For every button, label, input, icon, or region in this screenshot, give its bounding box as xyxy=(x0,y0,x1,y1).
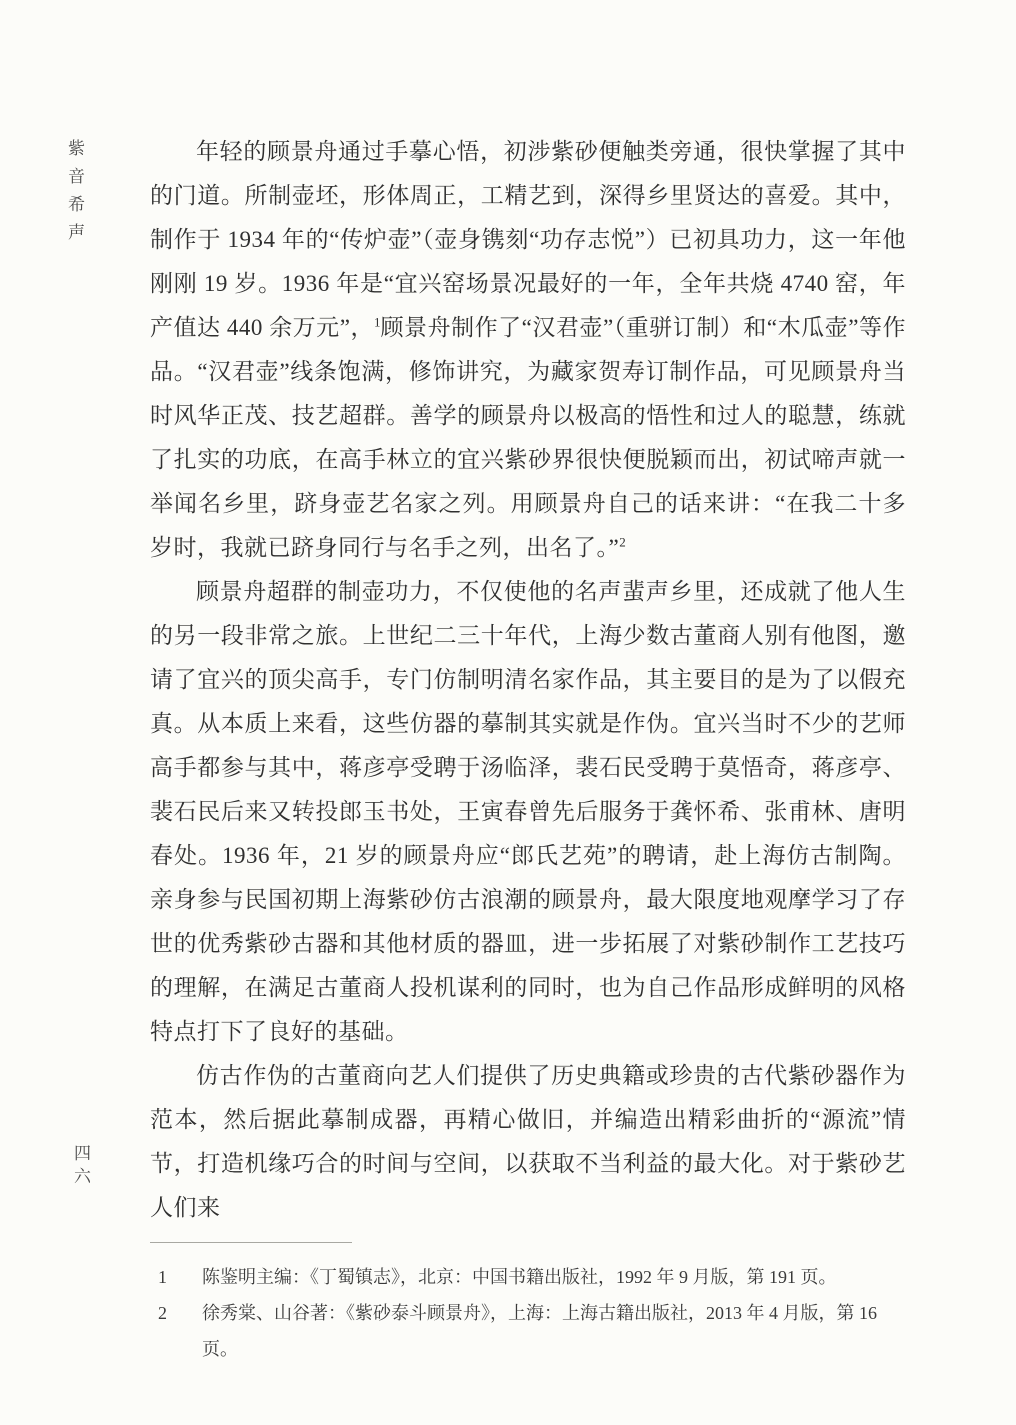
spine-title-char: 紫 xyxy=(68,140,85,157)
spine-title-char: 希 xyxy=(68,196,85,213)
paragraph-2: 顾景舟超群的制壶功力，不仅使他的名声蜚声乡里，还成就了他人生的另一段非常之旅。上… xyxy=(150,570,906,1054)
footnote-2-number: 2 xyxy=(150,1295,202,1331)
page-number-char: 六 xyxy=(74,1168,91,1185)
spine-title-char: 音 xyxy=(68,168,85,185)
footnote-marker-2: 2 xyxy=(619,534,626,549)
footnote-1: 1 陈鉴明主编：《丁蜀镇志》，北京：中国书籍出版社，1992 年 9 月版，第 … xyxy=(150,1259,906,1295)
footnote-2: 2 徐秀棠、山谷著：《紫砂泰斗顾景舟》，上海：上海古籍出版社，2013 年 4 … xyxy=(150,1295,906,1367)
footnote-1-text: 陈鉴明主编：《丁蜀镇志》，北京：中国书籍出版社，1992 年 9 月版，第 19… xyxy=(202,1259,906,1295)
spine-title-char: 声 xyxy=(68,224,85,241)
footnote-1-number: 1 xyxy=(150,1259,202,1295)
footnote-2-text: 徐秀棠、山谷著：《紫砂泰斗顾景舟》，上海：上海古籍出版社，2013 年 4 月版… xyxy=(202,1295,906,1367)
paragraph-1-text: 顾景舟制作了“汉君壶”（重骈订制）和“木瓜壶”等作品。“汉君壶”线条饱满，修饰讲… xyxy=(150,315,906,560)
footnotes: 1 陈鉴明主编：《丁蜀镇志》，北京：中国书籍出版社，1992 年 9 月版，第 … xyxy=(150,1259,906,1367)
text-column: 年轻的顾景舟通过手摹心悟，初涉紫砂便触类旁通，很快掌握了其中的门道。所制壶坯，形… xyxy=(150,130,906,1367)
spine-title: 紫 音 希 声 xyxy=(68,140,85,241)
footnote-divider xyxy=(150,1242,352,1243)
book-page: 紫 音 希 声 四 六 年轻的顾景舟通过手摹心悟，初涉紫砂便触类旁通，很快掌握了… xyxy=(0,0,1016,1425)
paragraph-3: 仿古作伪的古董商向艺人们提供了历史典籍或珍贵的古代紫砂器作为范本，然后据此摹制成… xyxy=(150,1054,906,1230)
page-number-char: 四 xyxy=(74,1145,91,1162)
paragraph-1: 年轻的顾景舟通过手摹心悟，初涉紫砂便触类旁通，很快掌握了其中的门道。所制壶坯，形… xyxy=(150,130,906,570)
page-number: 四 六 xyxy=(74,1145,91,1185)
paragraph-1-text: 年轻的顾景舟通过手摹心悟，初涉紫砂便触类旁通，很快掌握了其中的门道。所制壶坯，形… xyxy=(150,139,906,340)
